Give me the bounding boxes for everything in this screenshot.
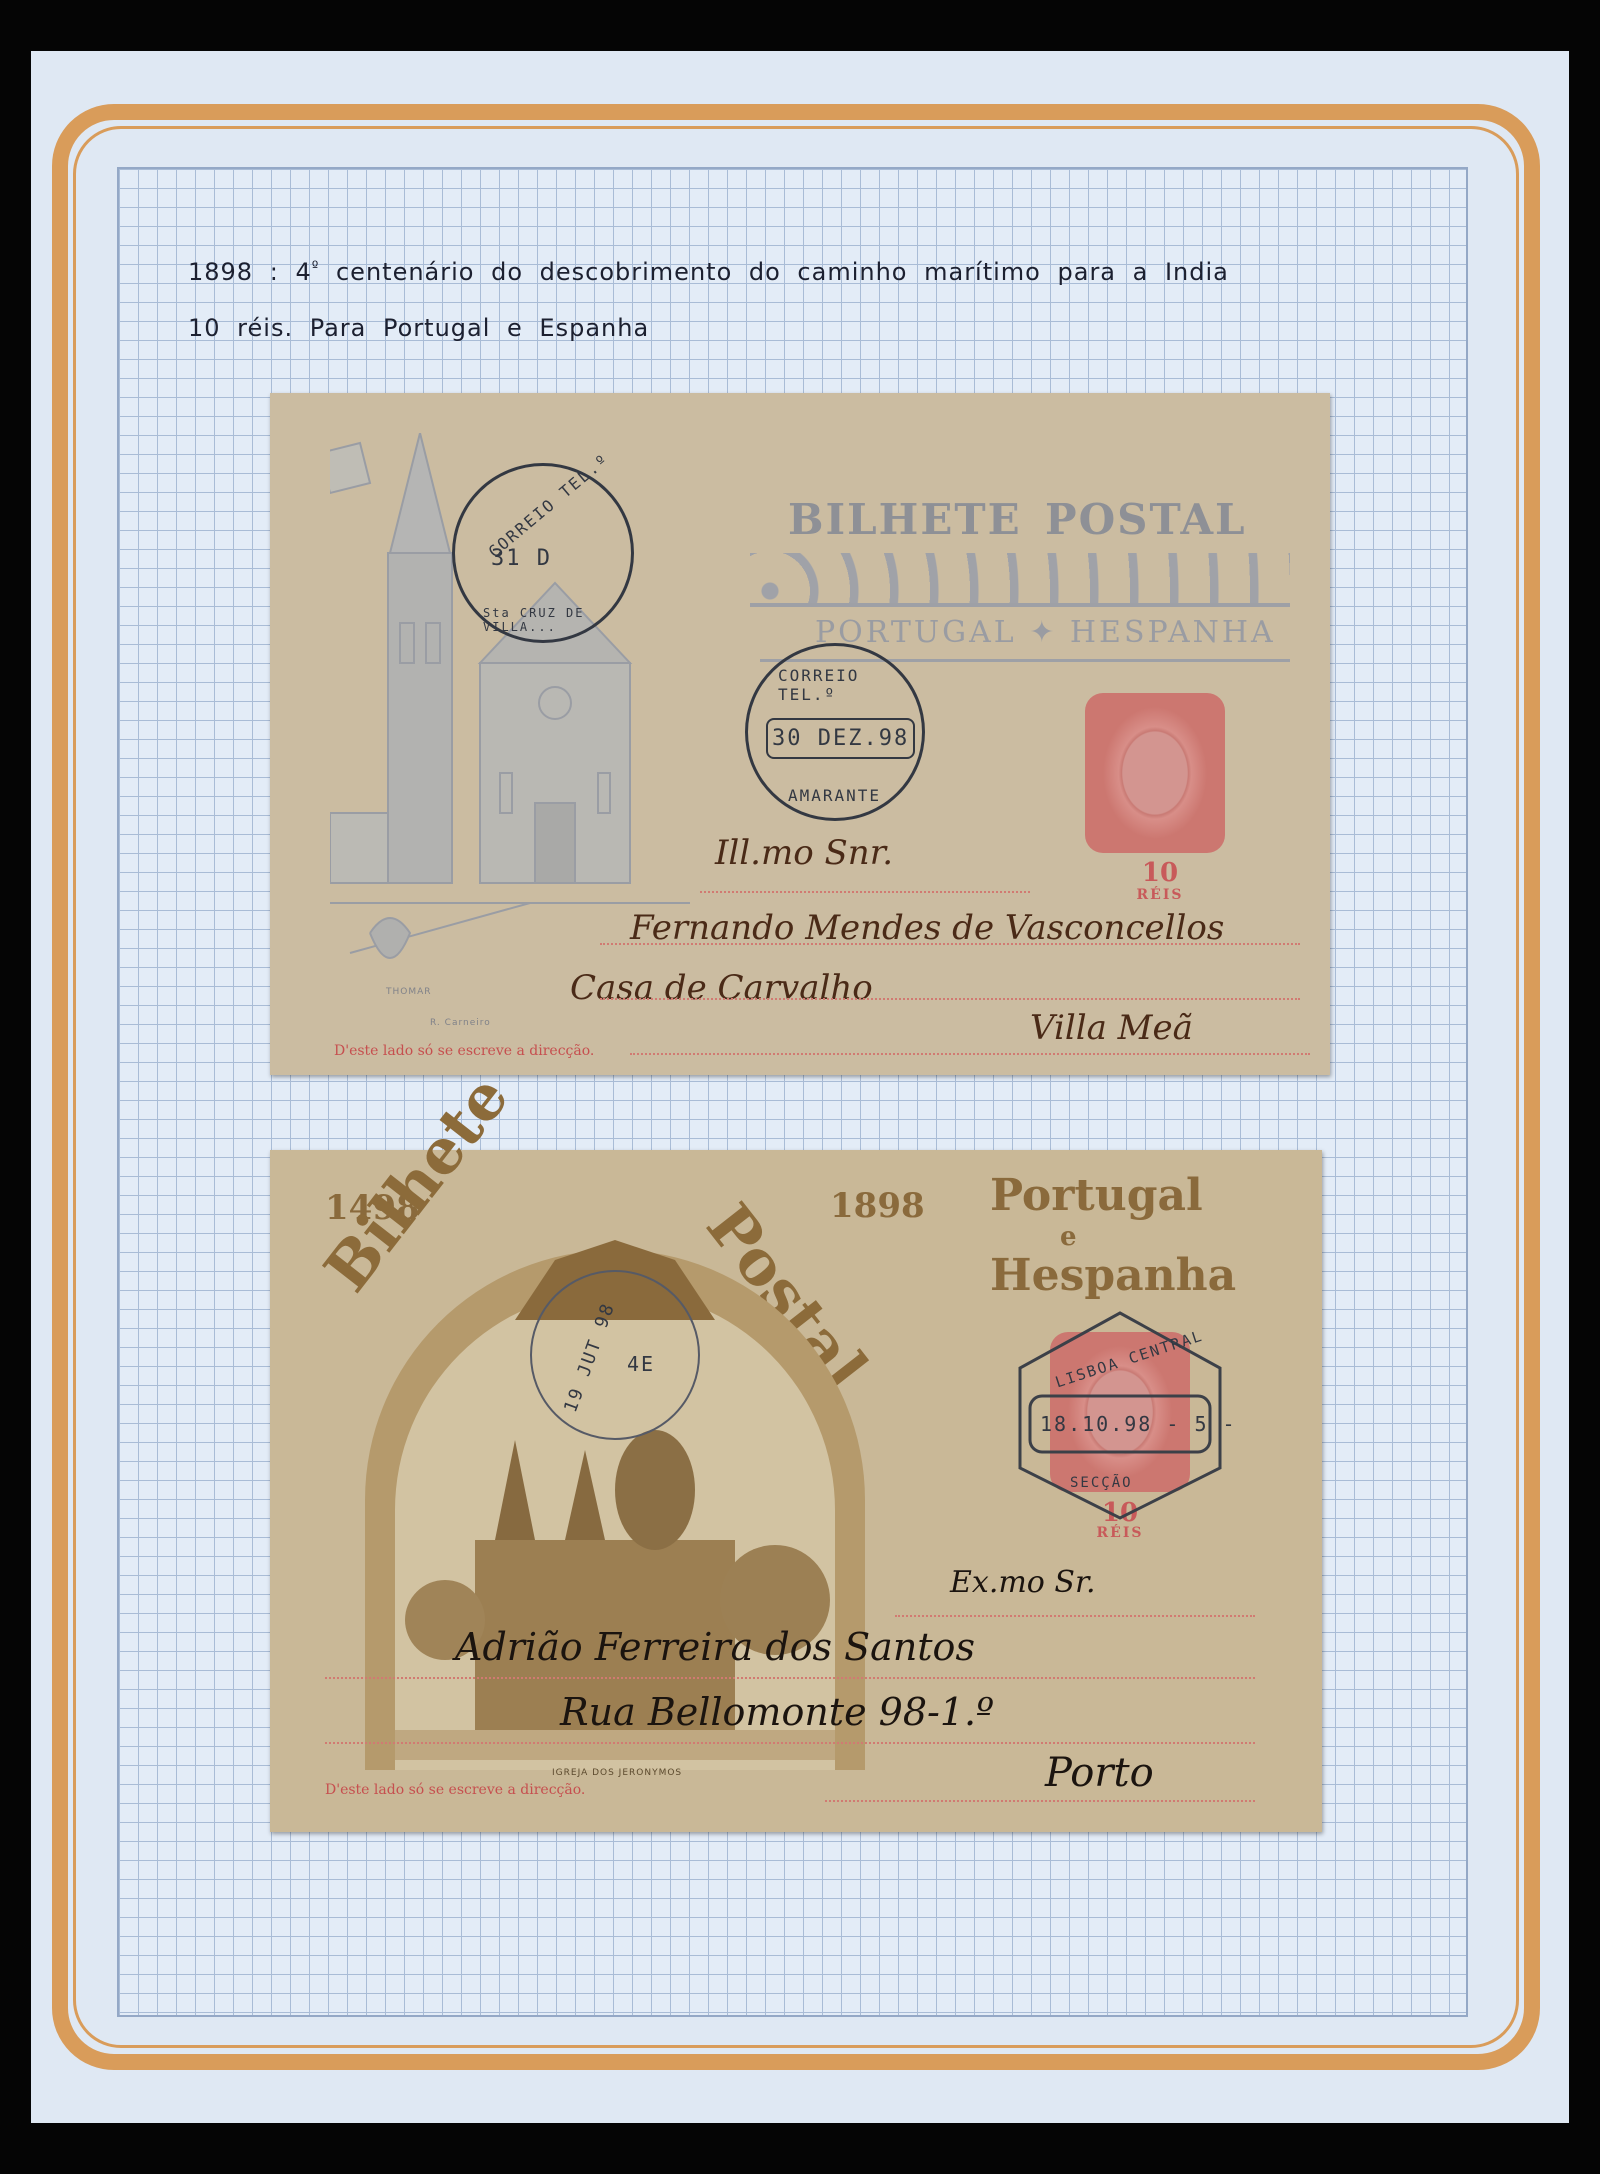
card2-address-line-3 [325,1742,1255,1744]
card2-address-line-4 [825,1800,1255,1802]
card1-address-house: Casa de Carvalho [570,968,873,1008]
card2-stamp-currency: RÉIS [1070,1525,1170,1541]
caption-line-2: 10 réis. Para Portugal e Espanha [188,314,649,342]
card1-motto-label: THOMAR [386,987,432,997]
card1-postmark2-top: CORREIO TEL.º [778,666,922,704]
card2-address-line-1 [895,1615,1255,1617]
card2-instruction-text: D'este lado só se escreve a direcção. [325,1782,585,1798]
card1-address-line-2 [600,943,1300,945]
card1-address-line-3 [600,998,1300,1000]
card1-postmark1-date: 31 D [491,546,552,571]
card2-address-city: Porto [1045,1750,1154,1796]
card2-address-line-2 [325,1677,1255,1679]
postcard-2: 1498 1898 Bilhete Postal IGREJA DOS JERO… [270,1150,1322,1832]
card1-stamp-currency: RÉIS [1110,887,1210,903]
card1-title-right: POSTAL [1045,495,1247,544]
caption-ordinal: 4 [295,258,311,286]
card1-address-town: Villa Meã [1030,1008,1193,1048]
postcard-1: THOMAR R. Carneiro BILHETE POSTAL PORTUG… [270,393,1330,1075]
card1-postmark-santa-cruz: CORREIO TEL.º 31 D Sta CRUZ DE VILLA... [452,463,634,643]
card2-postmark2-note: 4E [627,1352,655,1376]
card1-instruction-text: D'este lado só se escreve a direcção. [334,1043,594,1059]
caption-line-1: 1898 : 4º centenário do descobrimento do… [188,258,1229,286]
card1-address-line-4 [630,1053,1310,1055]
card1-title-left: BILHETE [788,495,1022,544]
card2-country-1: Portugal [990,1170,1203,1221]
card2-address-salutation: Ex.mo Sr. [950,1565,1096,1600]
card1-subtitle: PORTUGAL ✦ HESPANHA [815,615,1276,650]
card2-image-caption: IGREJA DOS JERONYMOS [552,1768,682,1778]
caption-text: centenário do descobrimento do caminho m… [336,258,1229,286]
card1-address-salutation: Ill.mo Snr. [715,833,893,873]
card2-postmark1-date: 18.10.98 - 5 - [1040,1412,1237,1436]
card2-year-right: 1898 [830,1186,925,1226]
card1-stamp-imprint-king-portrait [1085,693,1225,853]
card2-country-join: e [1060,1222,1077,1252]
card2-postmark-arrival: 19 JUT 98 4E [530,1270,700,1440]
card1-ornamental-band [750,553,1290,607]
card1-postmark-amarante: CORREIO TEL.º 30 DEZ.98 AMARANTE [745,643,925,821]
card2-address-street: Rua Bellomonte 98-1.º [560,1690,994,1734]
card2-address-name: Adrião Ferreira dos Santos [455,1625,975,1669]
card1-postmark2-town: AMARANTE [788,786,881,805]
card2-postmark1-bottom: SECÇÃO [1070,1475,1133,1491]
card2-country-2: Hespanha [990,1250,1236,1301]
card1-address-name: Fernando Mendes de Vasconcellos [630,908,1224,948]
card1-address-line-1 [700,891,1030,893]
caption-sep: : [270,258,279,286]
card1-artist-signature: R. Carneiro [430,1018,491,1028]
card2-postmark2-date: 19 JUT 98 [560,1300,619,1416]
card1-postmark1-town: Sta CRUZ DE VILLA... [483,606,631,634]
card1-stamp-value: 10 [1110,858,1210,888]
card1-postmark2-date: 30 DEZ.98 [766,718,915,759]
caption-year: 1898 [188,258,253,286]
caption-ordinal-mark: º [312,259,320,275]
